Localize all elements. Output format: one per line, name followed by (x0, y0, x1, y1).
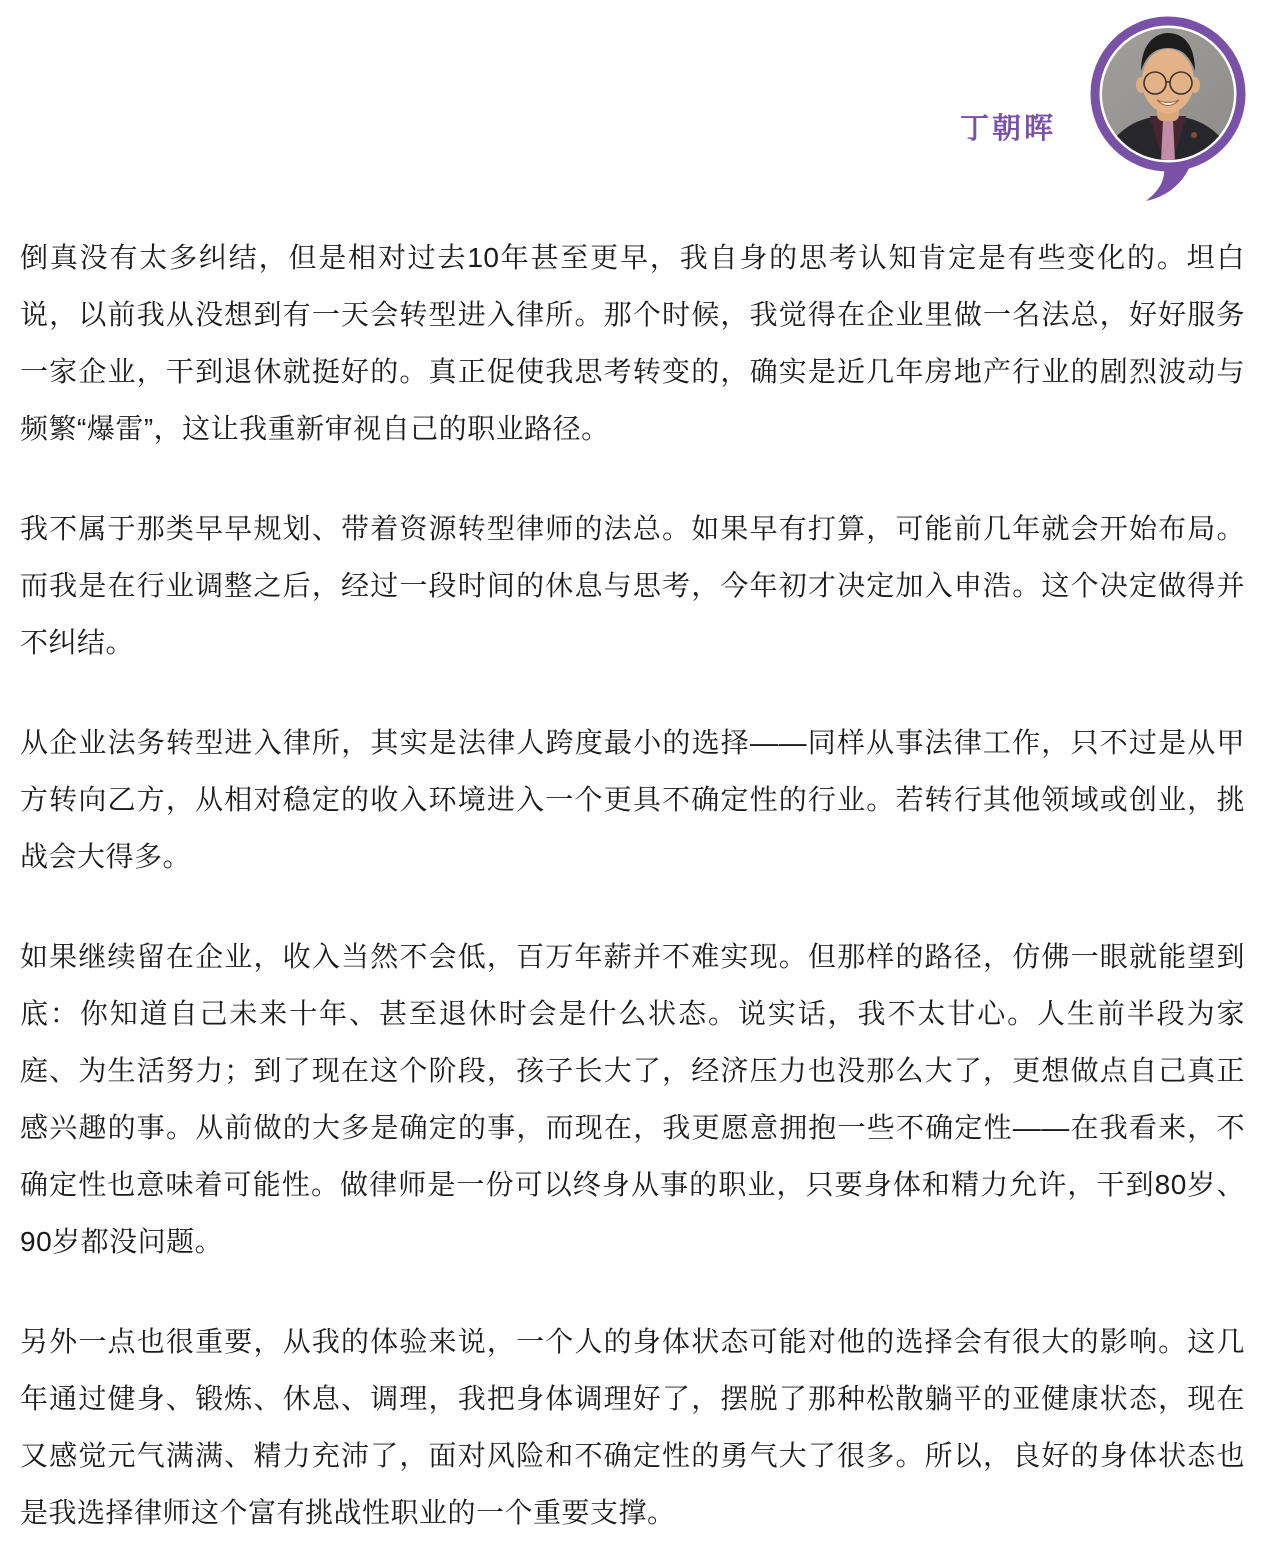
author-avatar-bubble (1088, 13, 1248, 209)
article-paragraph: 我不属于那类早早规划、带着资源转型律师的法总。如果早有打算，可能前几年就会开始布… (20, 500, 1245, 671)
author-name: 丁朝晖 (960, 106, 1056, 147)
article-paragraph: 倒真没有太多纠结，但是相对过去10年甚至更早，我自身的思考认知肯定是有些变化的。… (20, 229, 1245, 457)
article-body: 倒真没有太多纠结，但是相对过去10年甚至更早，我自身的思考认知肯定是有些变化的。… (20, 229, 1245, 1541)
author-avatar-photo-icon (1088, 13, 1248, 209)
article-paragraph: 另外一点也很重要，从我的体验来说，一个人的身体状态可能对他的选择会有很大的影响。… (20, 1313, 1245, 1541)
article-paragraph: 如果继续留在企业，收入当然不会低，百万年薪并不难实现。但那样的路径，仿佛一眼就能… (20, 928, 1245, 1270)
article-paragraph: 从企业法务转型进入律所，其实是法律人跨度最小的选择——同样从事法律工作，只不过是… (20, 714, 1245, 885)
